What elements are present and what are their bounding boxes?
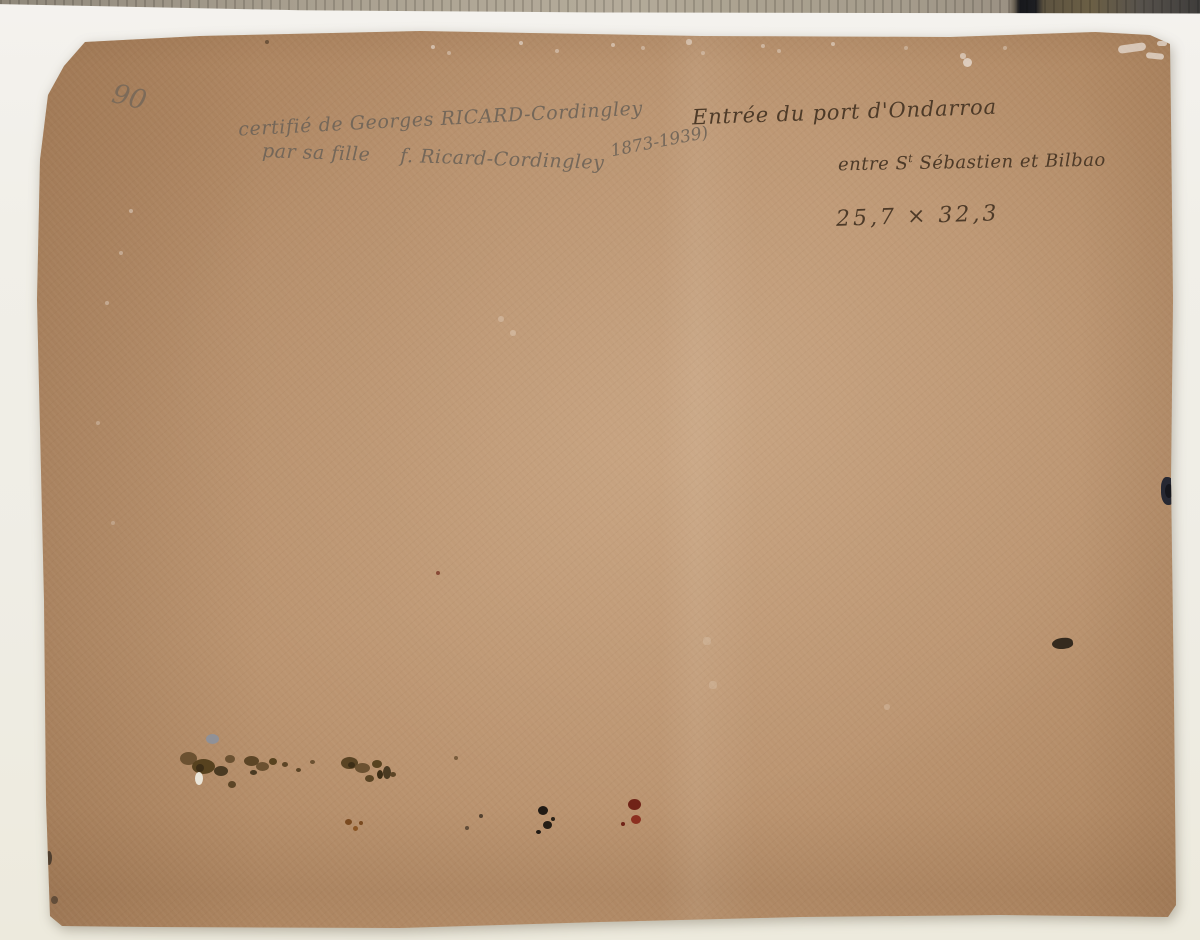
stain-spot — [377, 770, 383, 779]
stain-spot — [353, 826, 358, 831]
cardboard-back: 90 certifié de Georges RICARD-Cordingley… — [0, 0, 1200, 940]
stain-spot — [206, 734, 219, 744]
scuff-mark — [963, 58, 972, 67]
stain-spot — [195, 772, 203, 785]
stain-spot — [365, 775, 374, 782]
stain-spot — [348, 762, 355, 768]
location-prefix: entre S — [838, 153, 909, 175]
stain-spot — [345, 819, 352, 825]
edge-nick — [46, 851, 52, 865]
location-line: entre St Sébastien et Bilbao — [838, 149, 1106, 176]
stain-spot — [621, 822, 625, 826]
stain-spot — [543, 821, 552, 829]
stain-spot — [228, 781, 236, 788]
stain-spot — [196, 764, 204, 772]
stain-spot — [628, 799, 641, 810]
stain-spot — [359, 821, 363, 825]
stain-spot — [538, 806, 548, 815]
certified-by-part1: par sa fille — [262, 140, 371, 166]
stain-spot — [269, 758, 277, 765]
location-rest: Sébastien et Bilbao — [913, 150, 1106, 174]
paper-flecks — [0, 0, 2, 2]
stain-spot — [214, 766, 228, 776]
stain-spot — [225, 755, 235, 763]
stain-spot — [256, 762, 269, 771]
stain-spot — [310, 760, 315, 764]
stain-spot — [551, 817, 555, 821]
dark-edge-blob-core — [1165, 484, 1173, 498]
stain-spot — [355, 763, 370, 773]
stain-spot — [282, 762, 288, 767]
stain-spot — [250, 770, 257, 775]
stain-spot — [536, 830, 541, 834]
stain-spot — [296, 768, 301, 772]
cardboard-shadow: 90 certifié de Georges RICARD-Cordingley… — [0, 0, 1200, 940]
stain-spot — [631, 815, 641, 824]
photo-back-scene: 90 certifié de Georges RICARD-Cordingley… — [0, 0, 1200, 940]
cardboard-texture — [0, 0, 1200, 940]
stain-spot — [372, 760, 382, 768]
scuff-mark — [1157, 41, 1167, 46]
edge-nick — [51, 896, 58, 904]
stain-spot — [390, 772, 396, 777]
